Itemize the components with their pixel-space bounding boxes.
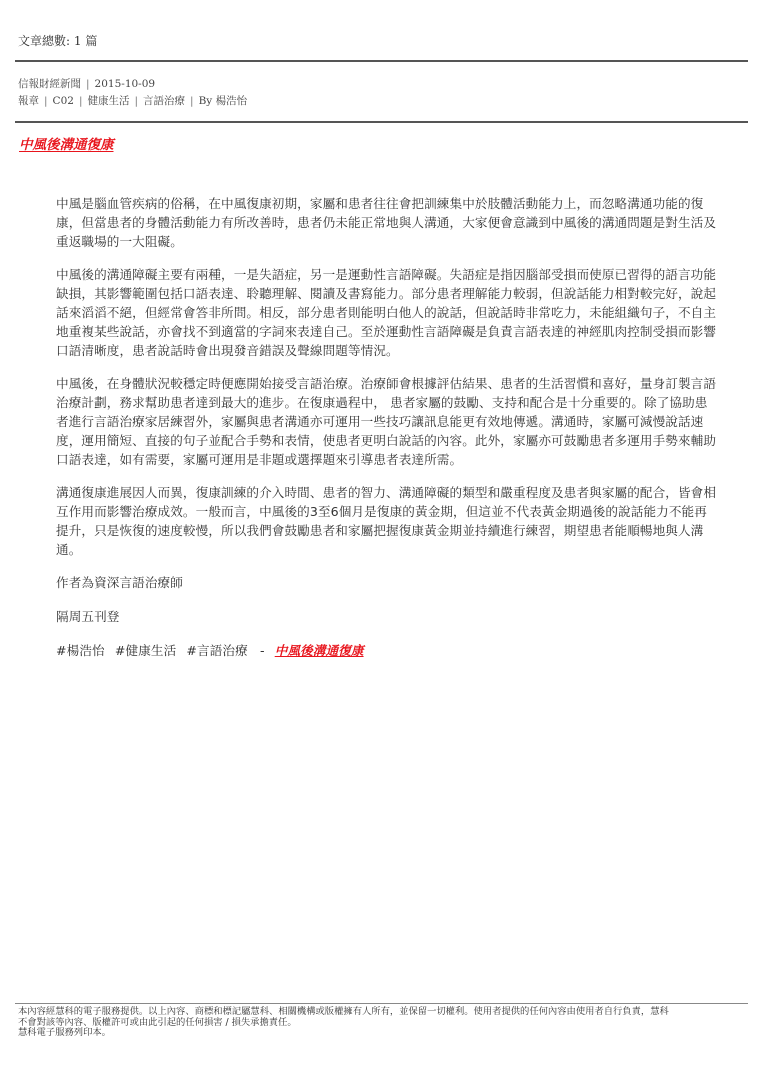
article-title-link[interactable]: 中風後溝通復康 bbox=[19, 133, 114, 153]
footer-divider bbox=[15, 1003, 748, 1004]
article-paragraph: 中風後的溝通障礙主要有兩種，一是失語症，另一是運動性言語障礙。失語症是指因腦部受… bbox=[56, 265, 718, 360]
meta-page: C02 bbox=[53, 95, 74, 107]
meta-separator: | bbox=[135, 95, 139, 107]
publication-schedule: 隔周五刊登 bbox=[56, 607, 718, 626]
tag-row: #楊浩怡 #健康生活 #言語治療 - 中風後溝通復康 bbox=[56, 641, 718, 660]
article-paragraph: 中風是腦血管疾病的俗稱，在中風復康初期，家屬和患者往往會把訓練集中於肢體活動能力… bbox=[56, 194, 718, 251]
article-count: 文章總數: 1 篇 bbox=[18, 32, 97, 49]
meta-separator: | bbox=[79, 95, 83, 107]
tag-topic[interactable]: #言語治療 bbox=[186, 643, 247, 658]
article-count-label: 文章總數: bbox=[18, 34, 70, 48]
meta-column: 健康生活 bbox=[88, 95, 130, 107]
author-note: 作者為資深言語治療師 bbox=[56, 573, 718, 592]
meta-separator: | bbox=[190, 95, 194, 107]
article-paragraph: 溝通復康進展因人而異，復康訓練的介入時間、患者的智力、溝通障礙的類型和嚴重程度及… bbox=[56, 483, 718, 559]
article-body: 中風是腦血管疾病的俗稱，在中風復康初期，家屬和患者往往會把訓練集中於肢體活動能力… bbox=[56, 194, 718, 674]
meta-separator: | bbox=[44, 95, 48, 107]
footer-line: 本內容經慧科的電子服務提供。以上內容、商標和標記屬慧科、相關機構或版權擁有人所有… bbox=[18, 1007, 753, 1018]
tag-author[interactable]: #楊浩怡 bbox=[56, 643, 105, 658]
tag-dash: - bbox=[260, 643, 265, 658]
footer-disclaimer: 本內容經慧科的電子服務提供。以上內容、商標和標記屬慧科、相關機構或版權擁有人所有… bbox=[18, 1007, 753, 1039]
divider-header bbox=[15, 121, 748, 123]
divider-top bbox=[15, 60, 748, 62]
article-paragraph: 中風後，在身體狀況較穩定時便應開始接受言語治療。治療師會根據評估結果、患者的生活… bbox=[56, 374, 718, 469]
tag-column[interactable]: #健康生活 bbox=[115, 643, 176, 658]
meta-section: 報章 bbox=[18, 95, 39, 107]
tag-title-link[interactable]: 中風後溝通復康 bbox=[275, 643, 364, 658]
meta-section-line: 報章|C02|健康生活|言語治療|By 楊浩怡 bbox=[18, 93, 247, 108]
meta-topic: 言語治療 bbox=[143, 95, 185, 107]
meta-separator: | bbox=[86, 78, 90, 90]
article-count-unit: 篇 bbox=[85, 34, 97, 48]
meta-byline: By 楊浩怡 bbox=[199, 95, 248, 107]
meta-source-line: 信報財經新聞|2015-10-09 bbox=[18, 76, 155, 91]
footer-line: 不會對該等內容、版權許可或由此引起的任何損害 / 損失承擔責任。 bbox=[18, 1018, 753, 1029]
meta-source: 信報財經新聞 bbox=[18, 78, 81, 90]
meta-date: 2015-10-09 bbox=[95, 78, 156, 90]
article-count-value: 1 bbox=[74, 34, 82, 48]
footer-line: 慧科電子服務列印本。 bbox=[18, 1028, 753, 1039]
